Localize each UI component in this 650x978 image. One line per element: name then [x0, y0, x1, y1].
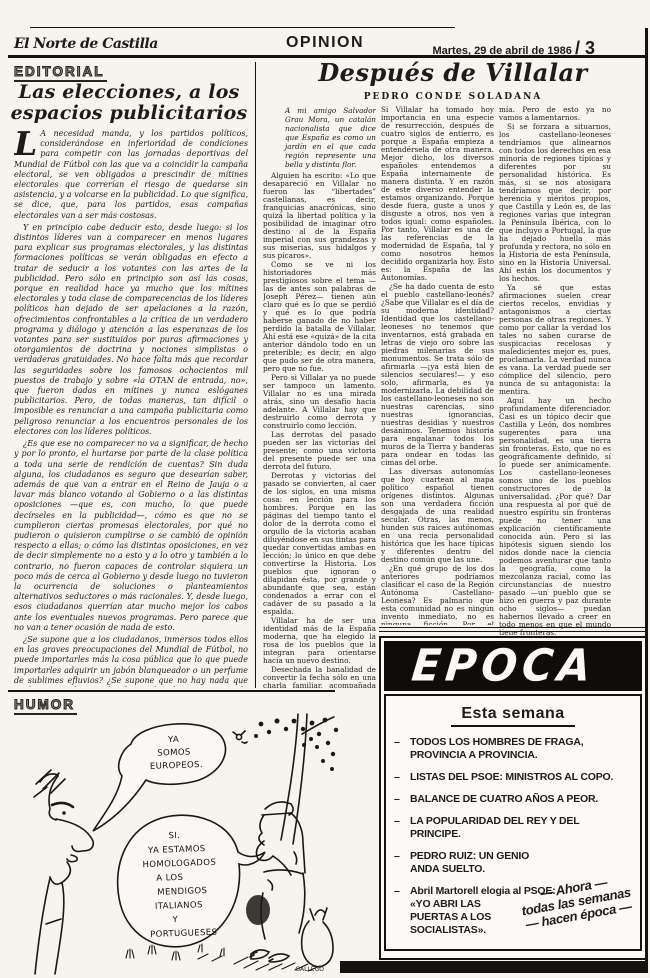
newspaper-page: El Norte de Castilla OPINION Martes, 29 … [0, 0, 650, 978]
svg-text:ITALIANOS: ITALIANOS [155, 900, 203, 912]
epoca-logo: EPOCA [410, 644, 598, 688]
editorial-paragraph: LA necesidad manda, y los partidos polít… [14, 129, 248, 221]
article-paragraph: Aquí hay un hecho profundamente diferenc… [499, 397, 611, 637]
svg-text:YA: YA [167, 735, 179, 745]
column-divider [255, 62, 256, 688]
dash-bullet: – [394, 736, 410, 762]
editorial-paragraph: ¿Es que ese no comparecer no va a signif… [14, 439, 248, 633]
politician-figure [34, 770, 93, 974]
svg-text:EUROPEOS.: EUROPEOS. [150, 760, 203, 772]
svg-text:A LOS: A LOS [156, 873, 183, 884]
dash-bullet: – [394, 793, 410, 806]
tree-trunk [281, 714, 298, 840]
speech-bubble-1 [93, 724, 226, 831]
ad-heading: Esta semana [386, 705, 640, 727]
svg-text:Y: Y [171, 915, 178, 925]
article-byline: PEDRO CONDE SOLADANA [262, 92, 644, 102]
article-paragraph: ¿En qué grupo de los dos anteriores podr… [381, 565, 494, 625]
article-paragraph: Pero si Villalar ya no puede ser tampoco… [263, 374, 376, 430]
article-paragraph: Derrotas y victorias del pasado se convi… [263, 472, 376, 616]
svg-text:SI.: SI. [168, 831, 180, 841]
ad-item: – LISTAS DEL PSOE: MINISTROS AL COPO. [394, 771, 632, 784]
article-paragraph: Si Villalar ha tomado hoy importancia en… [381, 106, 494, 282]
page-edge-line [645, 28, 648, 973]
speech-bubble-2 [118, 815, 265, 947]
article-paragraph: mía. Pero de esto ya no vamos a lamentar… [499, 106, 611, 122]
editorial-paragraph: ¿Se supone que a los ciudadanos, inmerso… [14, 635, 248, 687]
editorial-cartoon: YA SOMOS EUROPEOS. SI. YA ESTAMOS HOMOLO… [6, 712, 340, 976]
article-paragraph: Ya sé que estas afirmaciones suelen crea… [499, 284, 611, 396]
svg-text:SOMOS: SOMOS [157, 747, 191, 758]
dash-bullet: – [394, 815, 410, 841]
editorial-bottom-rule [8, 690, 335, 692]
dedication: A mi amigo Salvador Grau Mora, un catalá… [263, 106, 376, 169]
ad-item: – BALANCE DE CUATRO AÑOS A PEOR. [394, 793, 632, 806]
editorial-paragraph: Y en principio cabe deducir esto, desde … [14, 223, 248, 437]
drop-cap: L [14, 129, 40, 157]
dash-bullet: – [394, 850, 410, 876]
ad-item: – TODOS LOS HOMBRES DE FRAGA, PROVINCIA … [394, 736, 632, 762]
epoca-ad: EPOCA Esta semana – TODOS LOS HOMBRES DE… [379, 636, 647, 960]
ad-item: – LA POPULARIDAD DEL REY Y DEL PRINCIPE. [394, 815, 632, 841]
article-paragraph: Villalar ha de ser una identidad más de … [263, 617, 376, 665]
cartoonist-signature: GALLEGO [295, 966, 324, 973]
article-paragraph: Alguien ha escrito: «Lo que desapareció … [263, 172, 376, 260]
article-paragraph: ¿Se ha dado cuenta de esto el pueblo cas… [381, 283, 494, 467]
epoca-ad-body: Esta semana – TODOS LOS HOMBRES DE FRAGA… [384, 694, 642, 951]
sack [302, 908, 333, 967]
epoca-banner: EPOCA [384, 641, 642, 691]
article-column-3: mía. Pero de esto ya no vamos a lamentar… [499, 106, 611, 640]
article-column-1: A mi amigo Salvador Grau Mora, un catalá… [263, 106, 376, 688]
article-paragraph: Las diversas autonomías que hoy cuartean… [381, 468, 494, 564]
article-paragraph: Si se forzara a situarnos, los castellan… [499, 123, 611, 283]
editorial-body: LA necesidad manda, y los partidos polít… [14, 129, 248, 687]
article-column-2: Si Villalar ha tomado hoy importancia en… [381, 106, 494, 625]
dash-bullet: – [394, 885, 410, 937]
editorial-label: EDITORIAL [14, 64, 107, 82]
svg-text:YA ESTAMOS: YA ESTAMOS [147, 844, 206, 856]
svg-text:MENDIGOS: MENDIGOS [157, 886, 207, 898]
editorial-headline: Las elecciones, a los espacios publicita… [10, 82, 248, 123]
article-paragraph: Como se ve ni los historiadores más pres… [263, 261, 376, 373]
bottom-black-bar [340, 961, 648, 973]
top-hairline [30, 27, 455, 28]
ad-top-rule-2 [379, 631, 647, 632]
dash-bullet: – [394, 771, 410, 784]
ad-top-rule-1 [379, 627, 647, 628]
ad-item: – PEDRO RUIZ: UN GENIO ANDA SUELTO. [394, 850, 632, 876]
article-headline: Después de Villalar [262, 58, 644, 87]
article-paragraph: Desechada la banalidad de convertir la f… [263, 666, 376, 688]
article-paragraph: Las derrotas del pasado pueden ser las v… [263, 431, 376, 471]
